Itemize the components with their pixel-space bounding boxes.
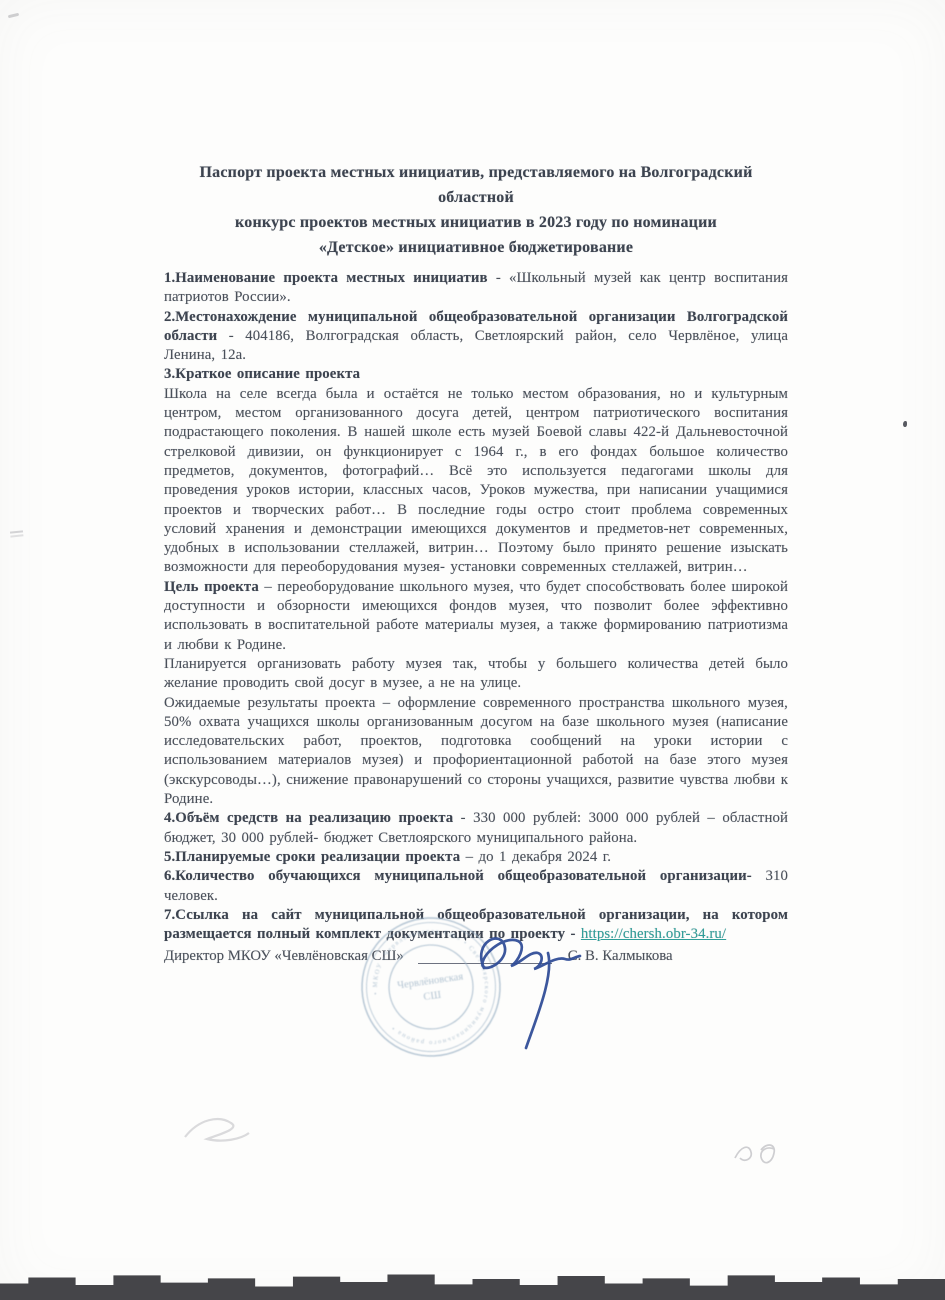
- body-text: Планируется организовать работу музея та…: [164, 656, 788, 691]
- title-line: «Детское» инициативное бюджетирование: [164, 235, 788, 260]
- bold-text: 6.Количество обучающихся муниципальной о…: [164, 868, 752, 884]
- title-line: Паспорт проекта местных инициатив, предс…: [164, 160, 788, 210]
- document-title: Паспорт проекта местных инициатив, предс…: [164, 160, 788, 260]
- project-url-link[interactable]: https://chersh.obr-34.ru/: [581, 926, 726, 942]
- paragraph: 2.Местонахождение муниципальной общеобра…: [164, 308, 788, 366]
- pencil-squiggle-bottom-left: [175, 1103, 271, 1159]
- document-content: Паспорт проекта местных инициатив, предс…: [164, 160, 788, 944]
- director-label: Директор МКОУ «Чевлёновская СШ»: [164, 948, 404, 965]
- paragraph: 6.Количество обучающихся муниципальной о…: [164, 867, 788, 906]
- body-text: - 404186, Волгоградская область, Светлоя…: [164, 328, 788, 363]
- paragraph: Школа на селе всегда была и остаётся не …: [164, 385, 788, 578]
- paragraph: 3.Краткое описание проекта: [164, 365, 788, 384]
- stamp-center-line2: СШ: [423, 990, 442, 1003]
- bold-text: 4.Объём средств на реализацию проекта: [164, 810, 453, 826]
- scan-artifact-left-margin: [10, 530, 23, 533]
- scan-artifact-topleft: [8, 13, 19, 19]
- paragraph: Цель проекта – переоборудование школьног…: [164, 578, 788, 655]
- scan-artifact-right-speck: [903, 421, 907, 427]
- paragraph: 7.Ссылка на сайт муниципальной общеобраз…: [164, 906, 788, 945]
- pencil-squiggle-bottom-right: [723, 1128, 799, 1178]
- paragraphs: 1.Наименование проекта местных инициатив…: [164, 269, 788, 944]
- bold-text: 1.Наименование проекта местных инициатив: [164, 270, 488, 286]
- paragraph: Планируется организовать работу музея та…: [164, 655, 788, 694]
- scanner-edge-band: [0, 1270, 945, 1300]
- title-line: конкурс проектов местных инициатив в 202…: [164, 210, 788, 235]
- signature-row: Директор МКОУ «Чевлёновская СШ» С. В. Ка…: [164, 948, 824, 965]
- signature-line: [418, 948, 552, 964]
- stamp-center-line1: Червлёновская: [397, 971, 464, 991]
- scanned-document-page: Паспорт проекта местных инициатив, предс…: [0, 0, 945, 1300]
- bold-text: Цель проекта: [164, 579, 259, 595]
- paragraph: 1.Наименование проекта местных инициатив…: [164, 269, 788, 308]
- bold-text: 3.Краткое описание проекта: [164, 366, 360, 382]
- paragraph: 5.Планируемые сроки реализации проекта –…: [164, 848, 788, 867]
- director-name: С. В. Калмыкова: [568, 948, 673, 965]
- body-text: Школа на селе всегда была и остаётся не …: [164, 386, 788, 576]
- paragraph: Ожидаемые результаты проекта – оформлени…: [164, 694, 788, 810]
- body-text: Ожидаемые результаты проекта – оформлени…: [164, 695, 788, 807]
- signature-graphic: [462, 924, 622, 1060]
- paragraph: 4.Объём средств на реализацию проекта - …: [164, 809, 788, 848]
- bold-text: 5.Планируемые сроки реализации проекта: [164, 849, 460, 865]
- body-text: – до 1 декабря 2024 г.: [460, 849, 611, 865]
